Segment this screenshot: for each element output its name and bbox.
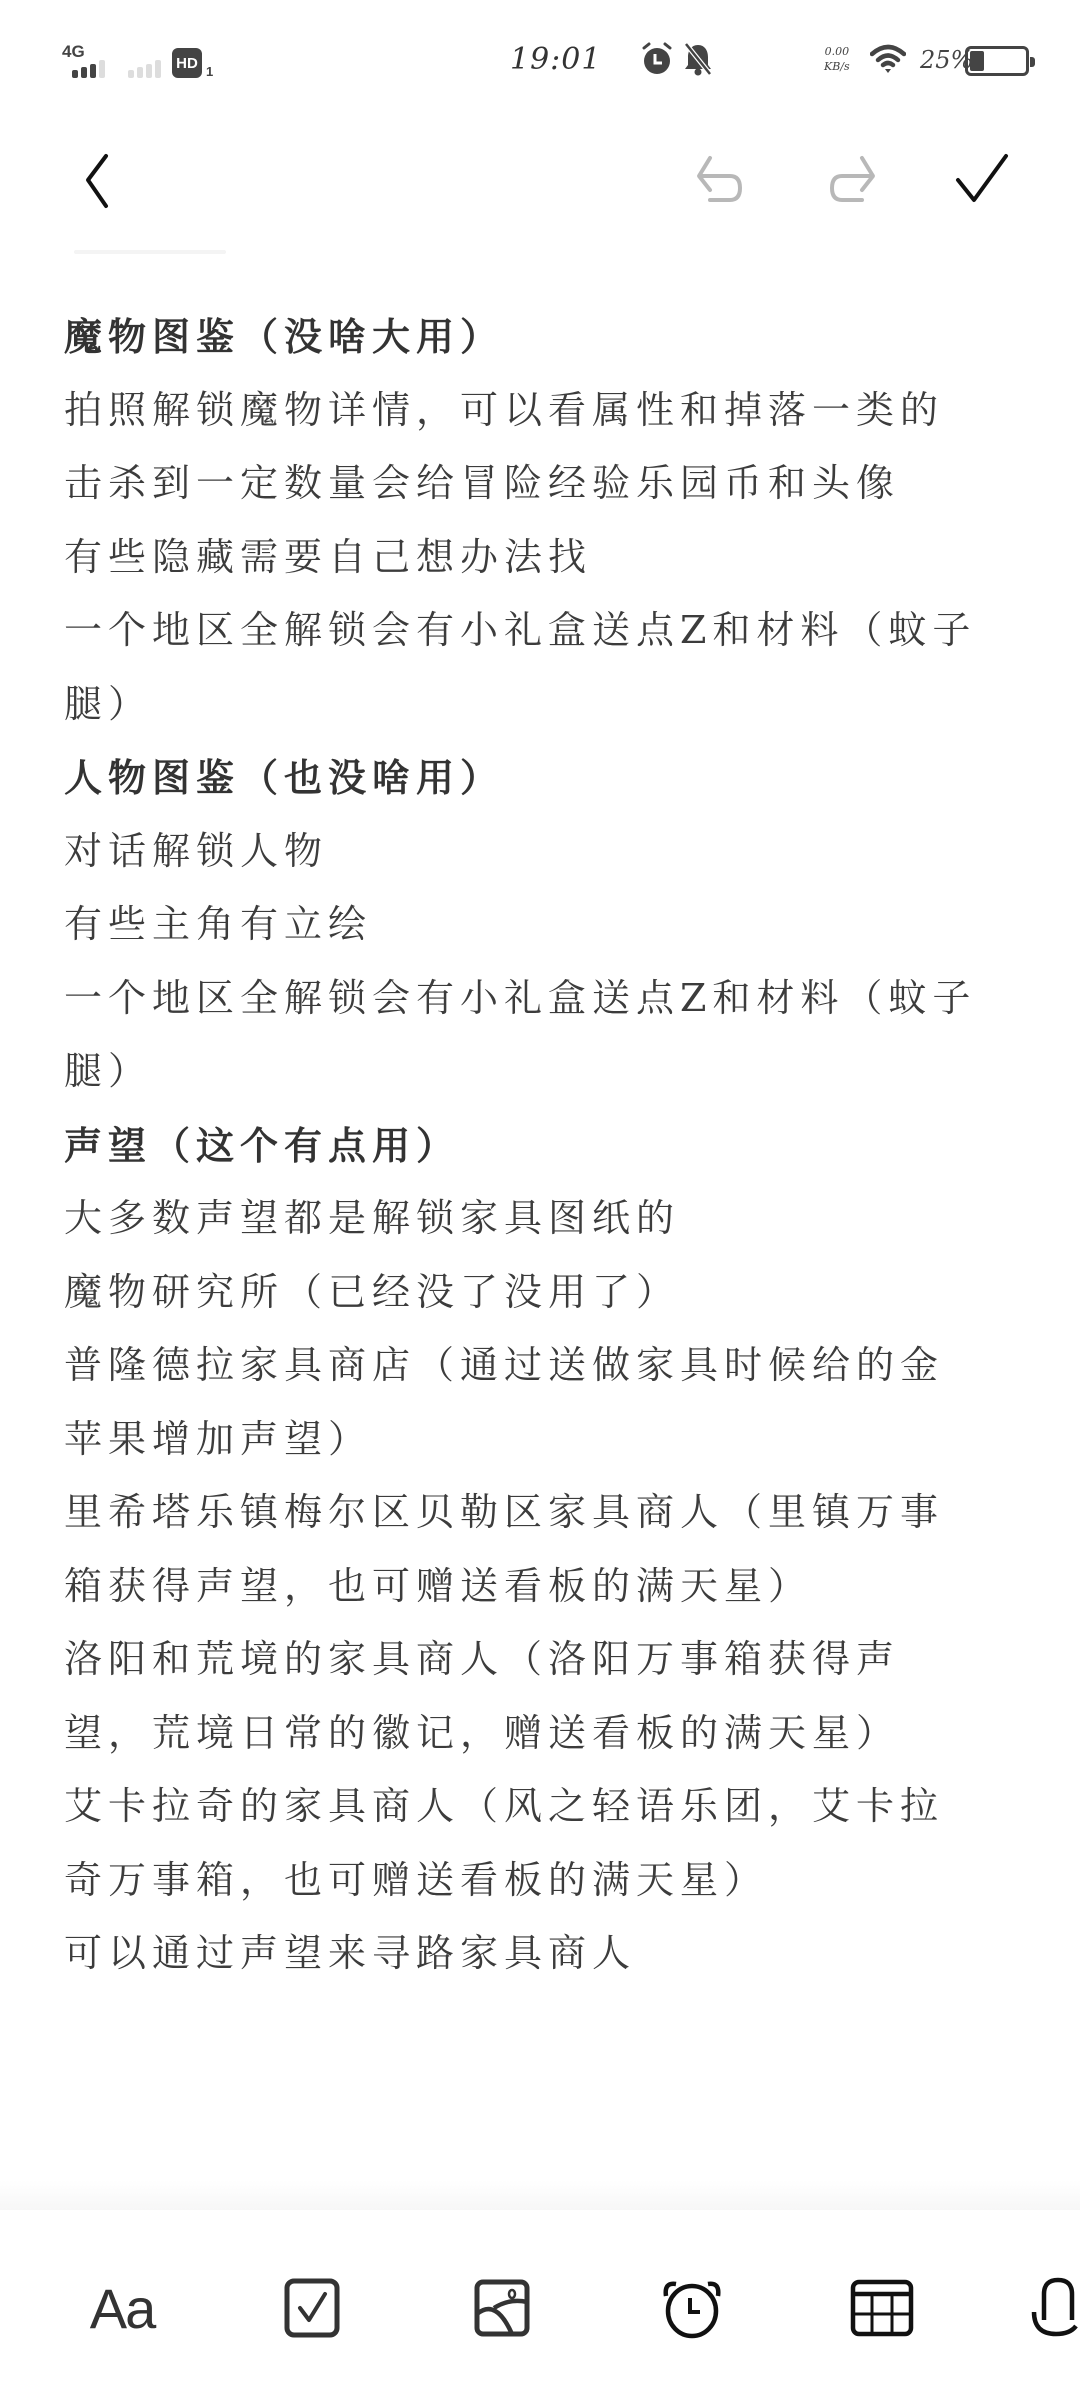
signal-sim2-icon — [128, 60, 161, 78]
redo-icon — [822, 150, 882, 210]
mute-bell-icon — [682, 42, 714, 80]
clock-time: 19:01 — [510, 42, 601, 77]
network-speed-value: 0.00 — [824, 44, 850, 59]
note-line: 一个地区全解锁会有小礼盒送点Z和材料（蚊子 — [64, 594, 1024, 668]
signal-sim1-icon — [72, 60, 105, 78]
note-line: 洛阳和荒境的家具商人（洛阳万事箱获得声 — [64, 1623, 1024, 1697]
attachment-button[interactable] — [1030, 2268, 1080, 2348]
note-line: 奇万事箱，也可赠送看板的满天星） — [64, 1844, 1024, 1918]
wifi-icon — [870, 44, 906, 78]
attachment-icon — [1030, 2276, 1080, 2340]
network-type-label: 4G — [62, 42, 85, 62]
image-icon — [472, 2278, 532, 2338]
table-button[interactable] — [842, 2268, 922, 2348]
battery-icon — [965, 46, 1029, 76]
note-line: 对话解锁人物 — [64, 815, 1024, 889]
editor-top-bar — [0, 120, 1080, 240]
note-line: 苹果增加声望） — [64, 1403, 1024, 1477]
image-button[interactable] — [462, 2268, 542, 2348]
reminder-button[interactable] — [652, 2268, 732, 2348]
status-bar: 4G HD 1 19:01 — [0, 0, 1080, 120]
network-speed-unit: KB/s — [824, 59, 850, 74]
note-heading: 声望（这个有点用） — [64, 1109, 1024, 1183]
note-heading: 魔物图鉴（没啥大用） — [64, 300, 1024, 374]
checklist-icon — [282, 2278, 342, 2338]
note-line: 箱获得声望，也可赠送看板的满天星） — [64, 1550, 1024, 1624]
note-body-editor[interactable]: 魔物图鉴（没啥大用） 拍照解锁魔物详情，可以看属性和掉落一类的 击杀到一定数量会… — [64, 300, 1024, 1991]
check-icon — [952, 150, 1012, 210]
note-line: 里希塔乐镇梅尔区贝勒区家具商人（里镇万事 — [64, 1476, 1024, 1550]
note-line: 望，荒境日常的徽记，赠送看板的满天星） — [64, 1697, 1024, 1771]
note-line: 艾卡拉奇的家具商人（风之轻语乐团，艾卡拉 — [64, 1770, 1024, 1844]
title-divider — [74, 250, 226, 254]
note-line: 腿） — [64, 1035, 1024, 1109]
hd-voice-badge: HD — [172, 48, 202, 78]
alarm-icon — [640, 42, 674, 80]
undo-icon — [690, 150, 750, 210]
text-format-icon: Aa — [90, 2276, 155, 2341]
note-line: 有些隐藏需要自己想办法找 — [64, 521, 1024, 595]
table-icon — [850, 2278, 914, 2338]
note-line: 拍照解锁魔物详情，可以看属性和掉落一类的 — [64, 374, 1024, 448]
note-line: 腿） — [64, 668, 1024, 742]
note-line: 击杀到一定数量会给冒险经验乐园币和头像 — [64, 447, 1024, 521]
checklist-button[interactable] — [272, 2268, 352, 2348]
note-line: 大多数声望都是解锁家具图纸的 — [64, 1182, 1024, 1256]
toolbar-shadow — [0, 2180, 1080, 2210]
status-left: 4G HD 1 — [62, 42, 232, 82]
undo-button[interactable] — [690, 148, 750, 212]
redo-button[interactable] — [822, 148, 882, 212]
hd-sim-index: 1 — [206, 64, 213, 79]
reminder-alarm-icon — [660, 2276, 724, 2340]
note-line: 魔物研究所（已经没了没用了） — [64, 1256, 1024, 1330]
text-format-button[interactable]: Aa — [82, 2268, 162, 2348]
note-line: 普隆德拉家具商店（通过送做家具时候给的金 — [64, 1329, 1024, 1403]
back-icon — [76, 150, 116, 210]
note-heading: 人物图鉴（也没啥用） — [64, 741, 1024, 815]
done-button[interactable] — [952, 148, 1012, 212]
network-speed: 0.00 KB/s — [824, 44, 850, 74]
note-line: 有些主角有立绘 — [64, 888, 1024, 962]
note-line: 一个地区全解锁会有小礼盒送点Z和材料（蚊子 — [64, 962, 1024, 1036]
back-button[interactable] — [66, 148, 126, 212]
note-line: 可以通过声望来寻路家具商人 — [64, 1917, 1024, 1991]
editor-toolbar: Aa — [0, 2210, 1080, 2400]
